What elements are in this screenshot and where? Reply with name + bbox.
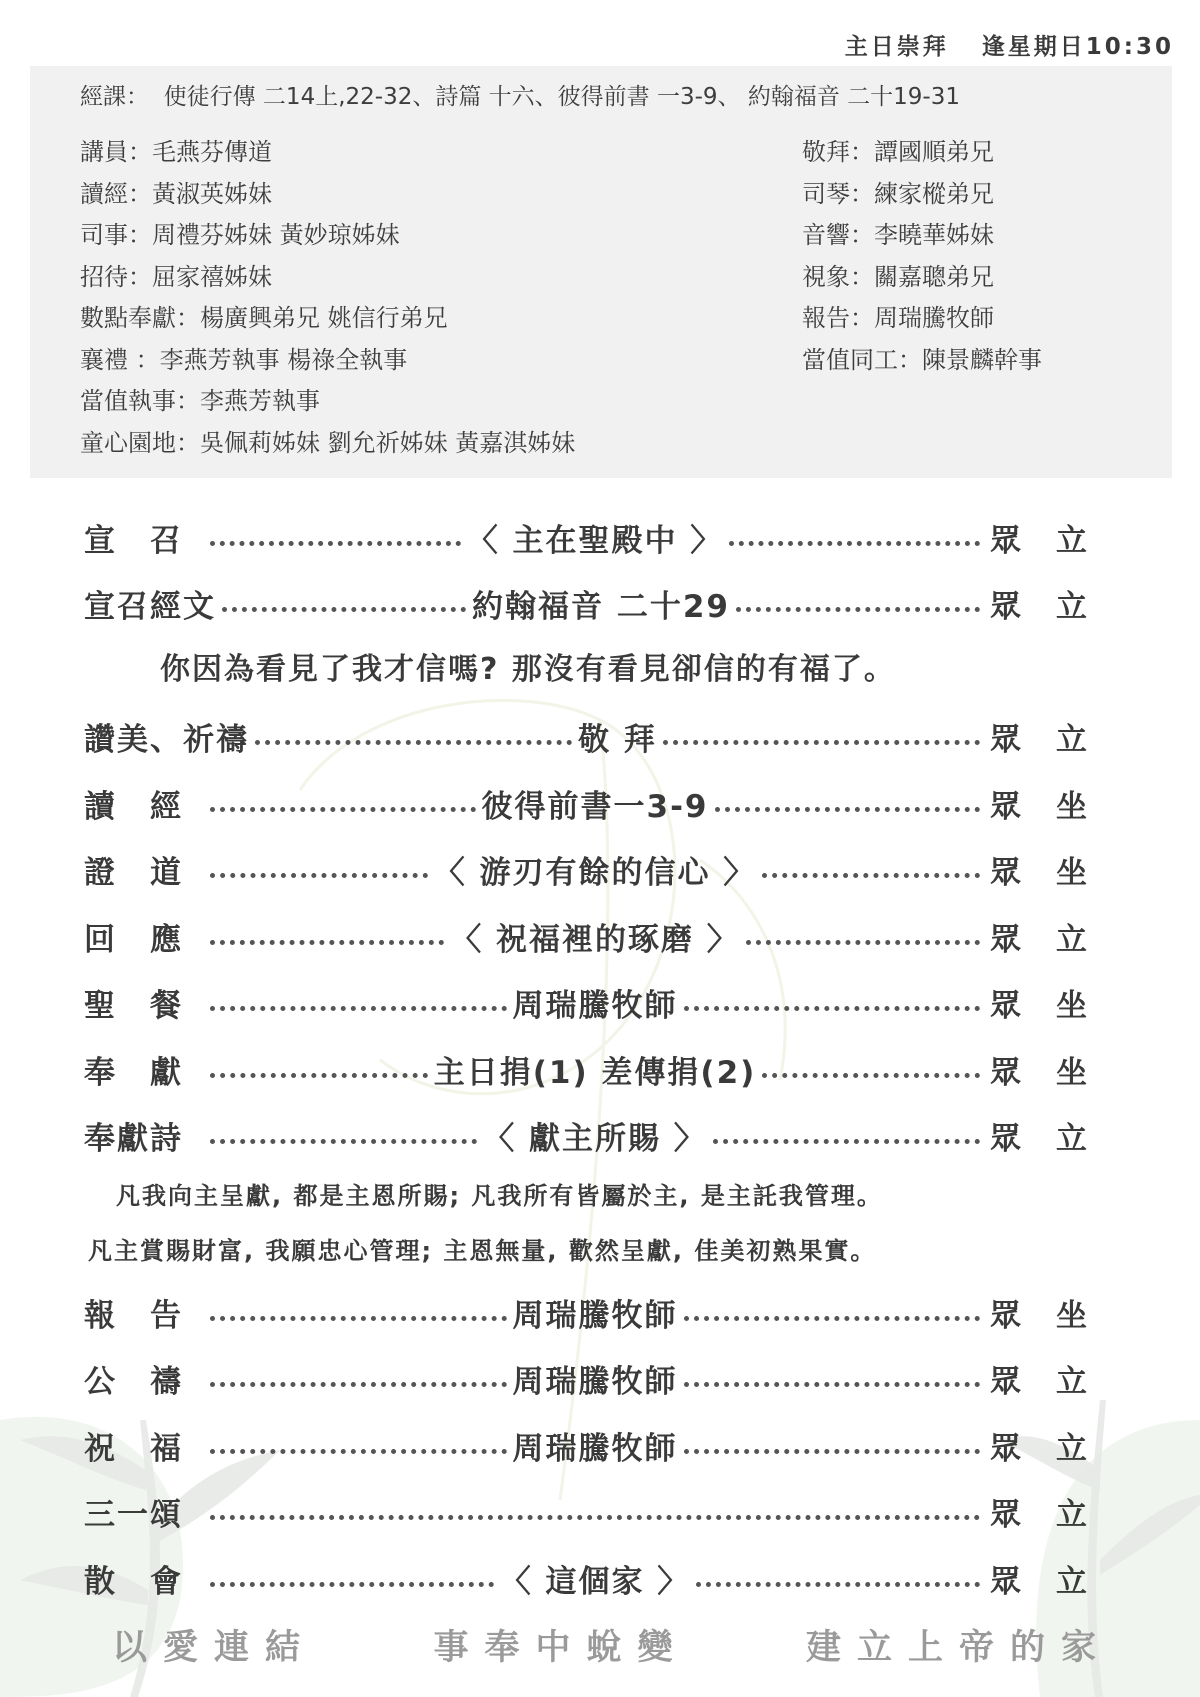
service-item-offering: 奉 獻主日捐(1) 差傳捐(2)眾 坐 <box>84 1036 1120 1103</box>
roster-item: 童心園地：吳佩莉姊妹 劉允祈姊妹 黃嘉淇姊妹 <box>80 423 575 465</box>
item-name: 讚美、祈禱 <box>84 714 249 759</box>
role-people: 周瑞騰牧師 <box>874 304 994 332</box>
item-content: 周瑞騰牧師 <box>513 980 678 1025</box>
role-label: 講員 <box>80 138 128 166</box>
role-people: 楊廣興弟兄 姚信行弟兄 <box>200 304 448 332</box>
service-item-dismissal: 散 會〈 這個家 〉眾 立 <box>84 1545 1120 1612</box>
item-posture: 眾 坐 <box>986 980 1120 1025</box>
service-item-offering-hymn: 奉獻詩〈 獻主所賜 〉眾 立 <box>84 1103 1120 1170</box>
church-motto: 以愛連結 事奉中蛻變 建立上帝的家 <box>112 1620 1112 1670</box>
roster-item: 當值同工：陳景麟幹事 <box>802 340 1042 382</box>
item-content: 約翰福音 二十29 <box>472 581 730 626</box>
dot-leader <box>746 940 980 945</box>
service-item-call-to-worship: 宣 召〈 主在聖殿中 〉眾 立 <box>84 504 1120 571</box>
item-content: 周瑞騰牧師 <box>513 1290 678 1335</box>
dot-leader <box>684 1316 981 1321</box>
service-item-praise-prayer: 讚美、祈禱敬 拜眾 立 <box>84 704 1120 771</box>
service-item-call-scripture: 宣召經文約翰福音 二十29眾 立 <box>84 571 1120 638</box>
item-posture: 眾 立 <box>986 515 1120 560</box>
service-item-communion: 聖 餐周瑞騰牧師眾 坐 <box>84 970 1120 1037</box>
roster-item: 講員：毛燕芬傳道 <box>80 132 575 174</box>
role-label: 視象 <box>802 263 850 291</box>
motto-phrase: 事奉中蛻變 <box>433 1620 688 1670</box>
role-label: 襄禮 <box>80 346 136 374</box>
service-item-sermon: 證 道〈 游刃有餘的信心 〉眾 坐 <box>84 837 1120 904</box>
item-posture: 眾 立 <box>986 1489 1120 1534</box>
item-content: 〈 獻主所賜 〉 <box>483 1113 707 1158</box>
dot-leader <box>684 1382 981 1387</box>
dot-leader <box>736 607 980 612</box>
item-name: 回 應 <box>84 914 204 959</box>
item-content: 彼得前書一3-9 <box>482 781 709 826</box>
dot-leader <box>210 1515 980 1520</box>
dot-leader <box>684 1449 981 1454</box>
dot-leader <box>210 1449 507 1454</box>
item-name: 祝 福 <box>84 1423 204 1468</box>
item-content: 〈 這個家 〉 <box>500 1556 691 1601</box>
lesson-label: 經課： <box>80 84 149 110</box>
motto-phrase: 以愛連結 <box>112 1620 316 1670</box>
dot-leader <box>210 541 461 546</box>
service-header: 主日崇拜 逢星期日10:30 <box>845 28 1174 61</box>
item-posture: 眾 坐 <box>986 847 1120 892</box>
item-content: 周瑞騰牧師 <box>513 1356 678 1401</box>
roster-item: 數點奉獻：楊廣興弟兄 姚信行弟兄 <box>80 298 575 340</box>
dot-leader <box>210 1316 507 1321</box>
item-content: 〈 游刃有餘的信心 〉 <box>434 847 757 892</box>
item-posture: 眾 坐 <box>986 1047 1120 1092</box>
item-name: 報 告 <box>84 1290 204 1335</box>
dot-leader <box>210 1582 494 1587</box>
role-label: 報告 <box>802 304 850 332</box>
roster-item: 招待：屈家禧姊妹 <box>80 257 575 299</box>
item-name: 證 道 <box>84 847 204 892</box>
item-posture: 眾 立 <box>986 1356 1120 1401</box>
item-name: 奉獻詩 <box>84 1113 204 1158</box>
item-content: 主日捐(1) 差傳捐(2) <box>434 1047 757 1092</box>
dot-leader <box>210 1139 477 1144</box>
dot-leader <box>210 1073 428 1078</box>
service-item-doxology: 三一頌眾 立 <box>84 1479 1120 1546</box>
item-content: 〈 主在聖殿中 〉 <box>467 515 724 560</box>
item-name: 散 會 <box>84 1556 204 1601</box>
item-name: 宣召經文 <box>84 581 216 626</box>
call-verse-text: 你因為看見了我才信嗎? 那沒有看見卻信的有福了。 <box>84 637 1120 704</box>
item-name: 宣 召 <box>84 515 204 560</box>
lesson-text: 使徒行傳 二14上,22-32、詩篇 十六、彼得前書 一3-9、 約翰福音 二十… <box>164 84 960 110</box>
service-item-response: 回 應〈 祝福裡的琢磨 〉眾 立 <box>84 903 1120 970</box>
role-people: 黃淑英姊妹 <box>152 180 272 208</box>
dot-leader <box>222 607 466 612</box>
item-name: 公 禱 <box>84 1356 204 1401</box>
role-label: 當值執事 <box>80 387 176 415</box>
roster-item: 襄禮 ：李燕芳執事 楊祿全執事 <box>80 340 575 382</box>
service-item-pastoral-prayer: 公 禱周瑞騰牧師眾 立 <box>84 1346 1120 1413</box>
item-posture: 眾 坐 <box>986 1290 1120 1335</box>
role-people: 譚國順弟兄 <box>874 138 994 166</box>
service-item-benediction: 祝 福周瑞騰牧師眾 立 <box>84 1412 1120 1479</box>
item-name: 讀 經 <box>84 781 204 826</box>
role-people: 關嘉聰弟兄 <box>874 263 994 291</box>
role-people: 吳佩莉姊妹 劉允祈姊妹 黃嘉淇姊妹 <box>200 429 575 457</box>
role-people: 屈家禧姊妹 <box>152 263 272 291</box>
role-people: 李燕芳執事 <box>200 387 320 415</box>
roster-item: 報告：周瑞騰牧師 <box>802 298 1042 340</box>
motto-phrase: 建立上帝的家 <box>806 1620 1112 1670</box>
item-name: 三一頌 <box>84 1489 204 1534</box>
item-posture: 眾 坐 <box>986 781 1120 826</box>
roster-right-column: 敬拜：譚國順弟兄 司琴：練家樅弟兄 音響：李曉華姊妹 視象：關嘉聰弟兄 報告：周… <box>802 132 1042 381</box>
service-schedule: 逢星期日10:30 <box>982 34 1174 60</box>
roster-item: 音響：李曉華姊妹 <box>802 215 1042 257</box>
role-label: 當值同工 <box>802 346 898 374</box>
offering-hymn-line: 凡主賞賜財富, 我願忠心管理; 主恩無量, 歡然呈獻, 佳美初熟果實。 <box>84 1224 1120 1279</box>
roster-item: 讀經：黃淑英姊妹 <box>80 174 575 216</box>
item-posture: 眾 立 <box>986 914 1120 959</box>
role-people: 毛燕芬傳道 <box>152 138 272 166</box>
roster-left-column: 講員：毛燕芬傳道 讀經：黃淑英姊妹 司事：周禮芬姊妹 黃妙琼姊妹 招待：屈家禧姊… <box>80 132 575 464</box>
dot-leader <box>696 1582 980 1587</box>
dot-leader <box>713 1139 980 1144</box>
role-people: 陳景麟幹事 <box>922 346 1042 374</box>
dot-leader <box>210 1006 507 1011</box>
item-posture: 眾 立 <box>986 714 1120 759</box>
role-label: 數點奉獻 <box>80 304 176 332</box>
item-name: 奉 獻 <box>84 1047 204 1092</box>
role-label: 敬拜 <box>802 138 850 166</box>
dot-leader <box>210 1382 507 1387</box>
item-posture: 眾 立 <box>986 1113 1120 1158</box>
item-posture: 眾 立 <box>986 1556 1120 1601</box>
offering-hymn-line: 凡我向主呈獻, 都是主恩所賜; 凡我所有皆屬於主, 是主託我管理。 <box>84 1169 1120 1224</box>
roster-item: 司事：周禮芬姊妹 黃妙琼姊妹 <box>80 215 575 257</box>
role-people: 李曉華姊妹 <box>874 221 994 249</box>
role-label: 司事 <box>80 221 128 249</box>
service-item-scripture-reading: 讀 經彼得前書一3-9眾 坐 <box>84 770 1120 837</box>
roster-item: 視象：關嘉聰弟兄 <box>802 257 1042 299</box>
roster-item: 當值執事：李燕芳執事 <box>80 381 575 423</box>
role-people: 練家樅弟兄 <box>874 180 994 208</box>
dot-leader <box>210 807 476 812</box>
dot-leader <box>210 940 444 945</box>
dot-leader <box>729 541 980 546</box>
role-label: 司琴 <box>802 180 850 208</box>
dot-leader <box>255 740 572 745</box>
role-label: 童心園地 <box>80 429 176 457</box>
roster-item: 司琴：練家樅弟兄 <box>802 174 1042 216</box>
dot-leader <box>762 1073 980 1078</box>
item-content: 〈 祝福裡的琢磨 〉 <box>450 914 740 959</box>
item-content: 敬 拜 <box>578 714 657 759</box>
item-name: 聖 餐 <box>84 980 204 1025</box>
role-label: 招待 <box>80 263 128 291</box>
dot-leader <box>715 807 981 812</box>
item-posture: 眾 立 <box>986 1423 1120 1468</box>
dot-leader <box>663 740 980 745</box>
lesson-readings: 經課： 使徒行傳 二14上,22-32、詩篇 十六、彼得前書 一3-9、 約翰福… <box>80 78 960 111</box>
order-of-service: 宣 召〈 主在聖殿中 〉眾 立 宣召經文約翰福音 二十29眾 立 你因為看見了我… <box>84 504 1120 1612</box>
item-posture: 眾 立 <box>986 581 1120 626</box>
role-label: 音響 <box>802 221 850 249</box>
dot-leader <box>210 873 428 878</box>
roster-item: 敬拜：譚國順弟兄 <box>802 132 1042 174</box>
service-title: 主日崇拜 <box>845 34 949 60</box>
service-item-announcements: 報 告周瑞騰牧師眾 坐 <box>84 1279 1120 1346</box>
role-people: 周禮芬姊妹 黃妙琼姊妹 <box>152 221 400 249</box>
dot-leader <box>762 873 980 878</box>
item-content: 周瑞騰牧師 <box>513 1423 678 1468</box>
role-label: 讀經 <box>80 180 128 208</box>
role-people: 李燕芳執事 楊祿全執事 <box>160 346 408 374</box>
dot-leader <box>684 1006 981 1011</box>
roster-box: 經課： 使徒行傳 二14上,22-32、詩篇 十六、彼得前書 一3-9、 約翰福… <box>30 66 1172 478</box>
